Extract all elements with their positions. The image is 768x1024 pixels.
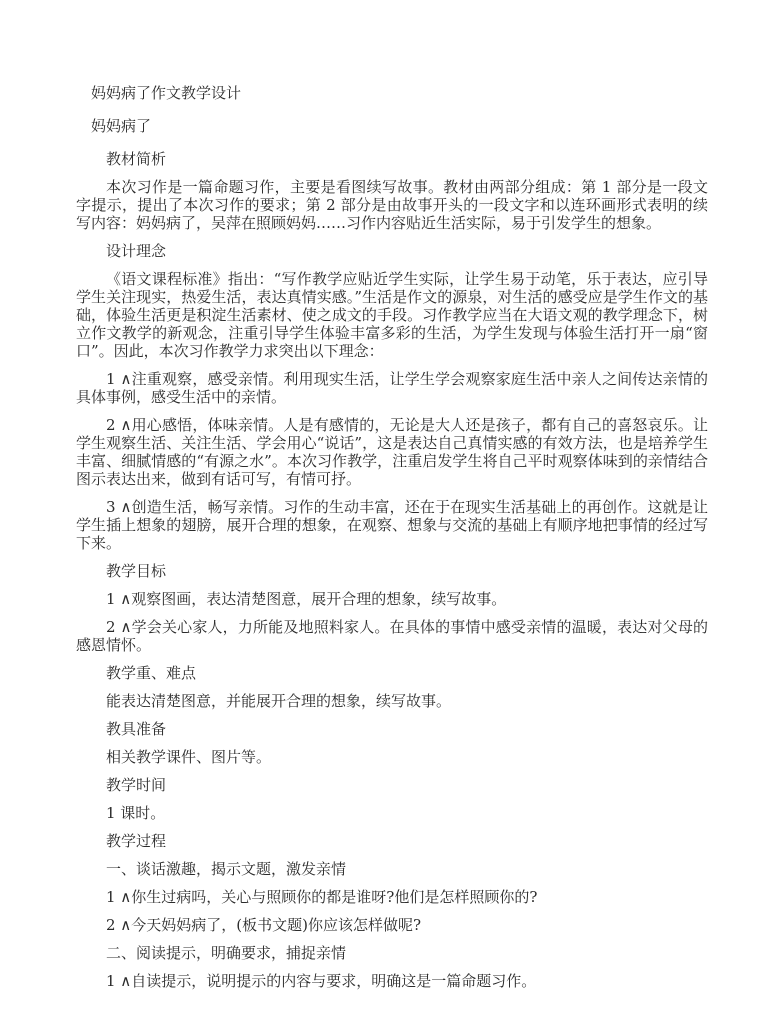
paragraph-process-step-1: 一、谈话激趣，揭示文题，激发亲情 (76, 860, 708, 878)
paragraph-teaching-aids: 相关教学课件、图片等。 (76, 748, 708, 766)
paragraph-concept-item-2: 2 ∧用心感悟，体味亲情。人是有感情的，无论是大人还是孩子，都有自己的喜怒哀乐。… (76, 416, 708, 488)
paragraph-time: 1 课时。 (76, 804, 708, 822)
paragraph-concept-item-1: 1 ∧注重观察，感受亲情。利用现实生活，让学生学会观察家庭生活中亲人之间传达亲情… (76, 370, 708, 406)
section-heading-teaching-aids: 教具准备 (76, 720, 708, 738)
section-heading-time: 教学时间 (76, 776, 708, 794)
paragraph-process-step-1-q2: 2 ∧今天妈妈病了，(板书文题)你应该怎样做呢? (76, 916, 708, 934)
paragraph-process-step-2-q1: 1 ∧自读提示，说明提示的内容与要求，明确这是一篇命题习作。 (76, 972, 708, 990)
paragraph-concept-intro: 《语文课程标准》指出：“写作教学应贴近学生实际，让学生易于动笔，乐于表达，应引导… (76, 270, 708, 360)
paragraph-process-step-1-q1: 1 ∧你生过病吗，关心与照顾你的都是谁呀?他们是怎样照顾你的? (76, 888, 708, 906)
section-heading-concept: 设计理念 (76, 242, 708, 260)
paragraph-process-step-2: 二、阅读提示，明确要求，捕捉亲情 (76, 944, 708, 962)
paragraph-goal-2: 2 ∧学会关心家人，力所能及地照料家人。在具体的事情中感受亲情的温暖，表达对父母… (76, 618, 708, 654)
doc-title: 妈妈病了作文教学设计 (76, 84, 708, 102)
section-heading-material: 教材简析 (76, 150, 708, 168)
section-heading-process: 教学过程 (76, 832, 708, 850)
doc-subtitle: 妈妈病了 (76, 117, 708, 135)
section-heading-goals: 教学目标 (76, 562, 708, 580)
paragraph-goal-1: 1 ∧观察图画，表达清楚图意，展开合理的想象，续写故事。 (76, 590, 708, 608)
paragraph-key-points: 能表达清楚图意，并能展开合理的想象，续写故事。 (76, 692, 708, 710)
paragraph-concept-item-3: 3 ∧创造生活，畅写亲情。习作的生动丰富，还在于在现实生活基础上的再创作。这就是… (76, 498, 708, 552)
document-page: 妈妈病了作文教学设计 妈妈病了 教材简析 本次习作是一篇命题习作，主要是看图续写… (0, 0, 768, 1024)
section-heading-key-points: 教学重、难点 (76, 664, 708, 682)
paragraph-material-analysis: 本次习作是一篇命题习作，主要是看图续写故事。教材由两部分组成：第 1 部分是一段… (76, 178, 708, 232)
